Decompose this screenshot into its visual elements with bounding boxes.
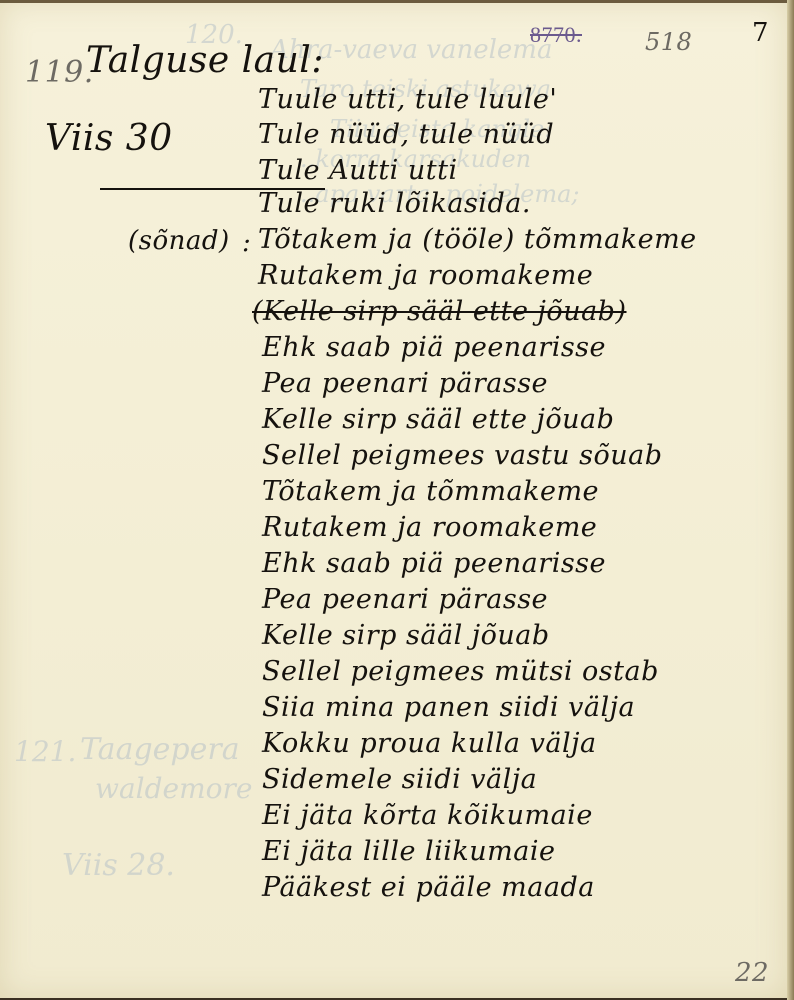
verse-line: Ei jäta kõrta kõikumaie [262, 800, 593, 831]
bottom-page-number: 22 [735, 958, 769, 988]
bleed-through-entry-subtitle: waldemore [95, 772, 252, 805]
verse-line: Rutakem ja roomakeme [258, 260, 593, 291]
song-number: 119. [25, 55, 94, 90]
verse-line: Ei jäta lille liikumaie [262, 836, 556, 867]
verse-line: Sellel peigmees vastu sõuab [262, 440, 663, 471]
verse-line: Pea peenari pärasse [262, 584, 548, 615]
page-right-edge [787, 0, 794, 1000]
song-title: Talguse laul: [86, 40, 324, 81]
verse-line: Ehk saab piä peenarisse [262, 332, 606, 363]
verse-line: Sellel peigmees mütsi ostab [262, 656, 659, 687]
verse-line: Tõtakem ja (tööle) tõmmakeme [258, 224, 697, 255]
bleed-through-tune: Viis 28. [62, 848, 175, 883]
page-top-edge [0, 0, 794, 3]
verse-line: Kelle sirp sääl jõuab [262, 620, 550, 651]
verse-line: Ehk saab piä peenarisse [262, 548, 606, 579]
intro-line: Tule nüüd, tule nüüd [258, 119, 554, 150]
archive-number: 518 [645, 28, 692, 56]
verse-line: Pea peenari pärasse [262, 368, 548, 399]
intro-line: Tule Autti utti [258, 155, 458, 186]
verse-line: Siia mina panen siidi välja [262, 692, 635, 723]
words-colon: : [242, 228, 251, 258]
bleed-through-entry-number: 121. [14, 735, 76, 768]
intro-line: Tule ruki lõikasida. [258, 188, 531, 219]
archive-stamp-number: 8770. [530, 22, 582, 48]
verse-line: Tõtakem ja tõmmakeme [262, 476, 599, 507]
page-number: 7 [752, 18, 769, 48]
manuscript-page: 120. Ahra-vaeva vanelema Taro teiski ast… [0, 0, 788, 998]
verse-line: Kokku proua kulla välja [262, 728, 597, 759]
verse-line: Kelle sirp sääl ette jõuab [262, 404, 614, 435]
tune-label: Viis 30 [45, 118, 173, 159]
verse-line: Sidemele siidi välja [262, 764, 537, 795]
words-label: (sõnad) [128, 226, 230, 256]
verse-line: Pääkest ei pääle maada [262, 872, 595, 903]
verse-line: Rutakem ja roomakeme [262, 512, 597, 543]
verse-line-struck: (Kelle sirp sääl ette jõuab) [252, 296, 627, 327]
intro-line: Tuule utti, tule luule' [258, 84, 557, 115]
bleed-through-entry-title: Taagepera [80, 732, 240, 767]
